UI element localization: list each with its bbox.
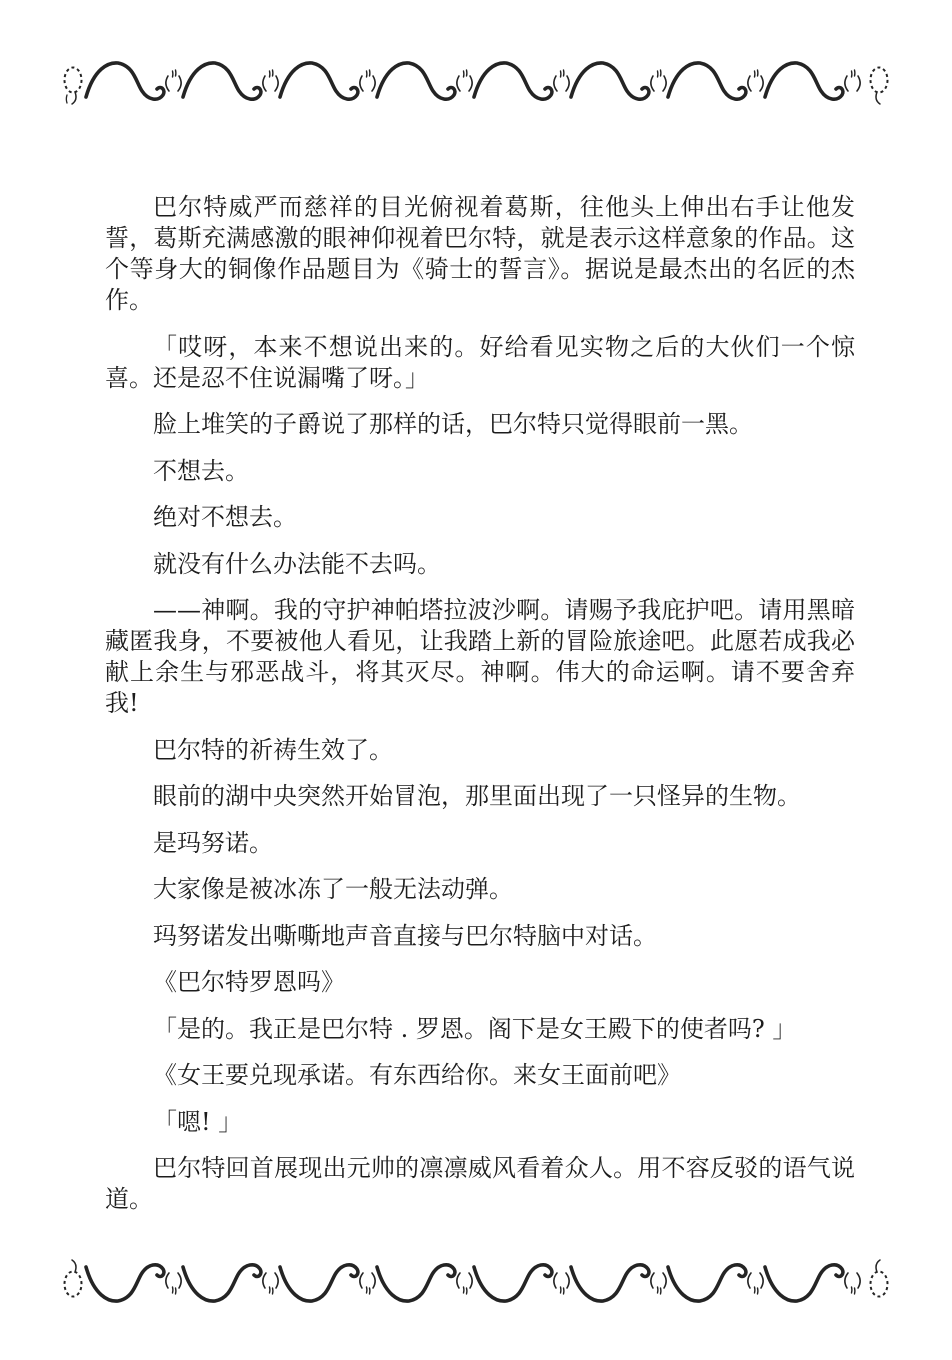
paragraph: 绝对不想去。 [105,502,855,533]
paragraph: 眼前的湖中央突然开始冒泡，那里面出现了一只怪异的生物。 [105,781,855,812]
paragraph: 脸上堆笑的子爵说了那样的话，巴尔特只觉得眼前一黑。 [105,409,855,440]
paragraph: 就没有什么办法能不去吗。 [105,549,855,580]
paragraph: ——神啊。我的守护神帕塔拉波沙啊。请赐予我庇护吧。请用黑暗藏匿我身，不要被他人看… [105,595,855,719]
paragraph: 「哎呀，本来不想说出来的。好给看见实物之后的大伙们一个惊喜。还是忍不住说漏嘴了呀… [105,332,855,394]
book-page: 巴尔特威严而慈祥的目光俯视着葛斯，往他头上伸出右手让他发誓，葛斯充满感激的眼神仰… [0,0,952,1360]
top-flourish-border-icon [62,55,890,107]
paragraph: 不想去。 [105,456,855,487]
bottom-flourish-border-icon [62,1257,890,1309]
paragraph: 「是的。我正是巴尔特 . 罗恩。阁下是女王殿下的使者吗? 」 [105,1014,855,1045]
text-content: 巴尔特威严而慈祥的目光俯视着葛斯，往他头上伸出右手让他发誓，葛斯充满感激的眼神仰… [105,192,855,1231]
paragraph: 《巴尔特罗恩吗》 [105,967,855,998]
paragraph: 是玛努诺。 [105,828,855,859]
paragraph: 巴尔特回首展现出元帅的凛凛威风看着众人。用不容反驳的语气说道。 [105,1153,855,1215]
paragraph: 巴尔特威严而慈祥的目光俯视着葛斯，往他头上伸出右手让他发誓，葛斯充满感激的眼神仰… [105,192,855,316]
paragraph: 《女王要兑现承诺。有东西给你。来女王面前吧》 [105,1060,855,1091]
paragraph: 巴尔特的祈祷生效了。 [105,735,855,766]
paragraph: 大家像是被冰冻了一般无法动弹。 [105,874,855,905]
paragraph: 「嗯! 」 [105,1107,855,1138]
paragraph: 玛努诺发出嘶嘶地声音直接与巴尔特脑中对话。 [105,921,855,952]
